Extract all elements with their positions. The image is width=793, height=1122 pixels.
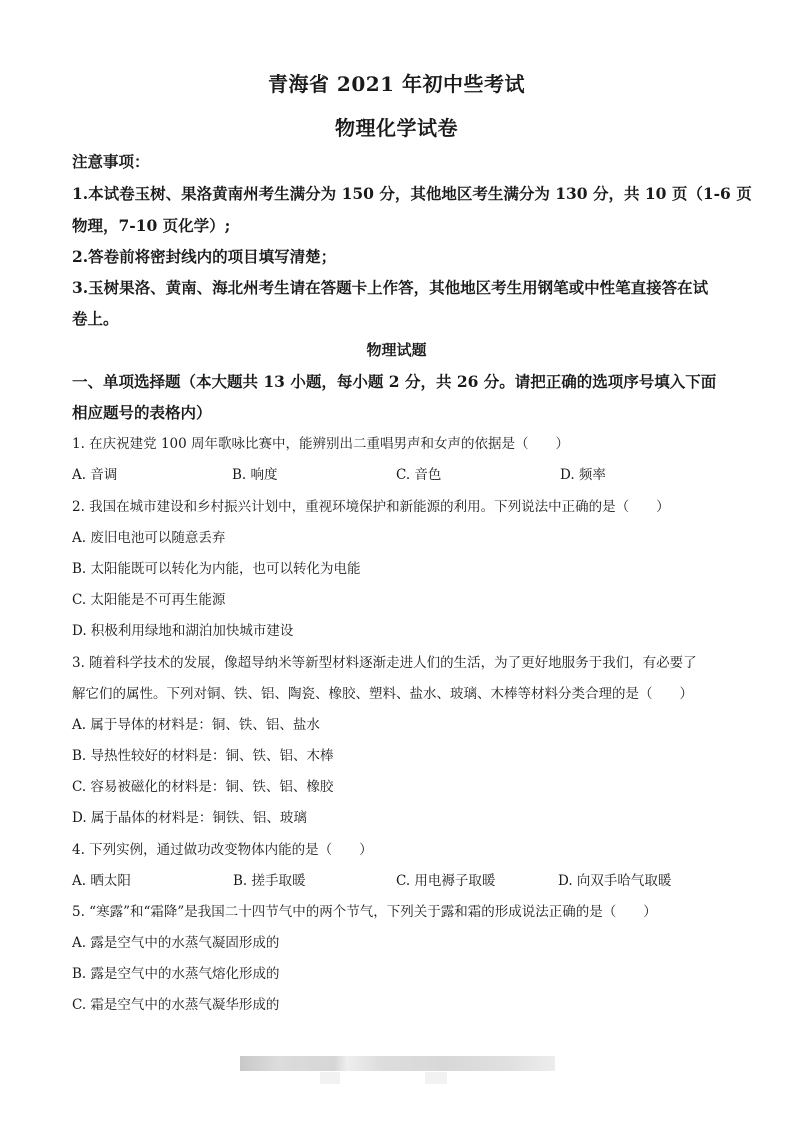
question-1-stem: 1. 在庆祝建党 100 周年歌咏比赛中，能辨别出二重唱男声和女声的依据是（ ） xyxy=(72,432,569,452)
question-2-stem: 2. 我国在城市建设和乡村振兴计划中，重视环境保护和新能源的利用。下列说法中正确… xyxy=(72,495,670,515)
question-1-option-c: C. 音色 xyxy=(396,463,441,483)
notice-heading: 注意事项： xyxy=(72,150,732,172)
notice-line-3-cont: 卷上。 xyxy=(72,307,732,329)
question-3-stem: 3. 随着科学技术的发展，像超导纳米等新型材料逐渐走进人们的生活，为了更好地服务… xyxy=(72,651,697,671)
question-2-option-a: A. 废旧电池可以随意丢弃 xyxy=(72,526,225,546)
question-1-option-d: D. 频率 xyxy=(560,463,606,483)
question-5-option-b: B. 露是空气中的水蒸气熔化形成的 xyxy=(72,962,280,982)
question-5-option-c: C. 霜是空气中的水蒸气凝华形成的 xyxy=(72,993,279,1013)
question-5-stem: 5. “寒露”和“霜降”是我国二十四节气中的两个节气，下列关于露和霜的形成说法正… xyxy=(72,900,657,920)
section-title: 物理试题 xyxy=(0,339,793,360)
question-4-stem: 4. 下列实例，通过做功改变物体内能的是（ ） xyxy=(72,838,373,858)
notice-line-3: 3.玉树果洛、黄南、海北州考生请在答题卡上作答，其他地区考生用钢笔或中性笔直接答… xyxy=(72,276,732,298)
question-1-option-b: B. 响度 xyxy=(232,463,278,483)
question-3-option-a: A. 属于导体的材料是：铜、铁、铝、盐水 xyxy=(72,713,320,733)
question-4-option-c: C. 用电褥子取暖 xyxy=(396,869,495,889)
question-3-stem-cont: 解它们的属性。下列对铜、铁、铝、陶瓷、橡胶、塑料、盐水、玻璃、木棒等材料分类合理… xyxy=(72,682,693,702)
exam-title: 青海省 2021 年初中些考试 xyxy=(0,68,793,97)
blurred-footer-mark xyxy=(320,1072,340,1084)
blurred-footer-watermark xyxy=(240,1056,555,1071)
exam-subtitle: 物理化学试卷 xyxy=(0,112,793,141)
question-3-option-c: C. 容易被磁化的材料是：铜、铁、铝、橡胶 xyxy=(72,775,333,795)
question-3-option-b: B. 导热性较好的材料是：铜、铁、铝、木棒 xyxy=(72,744,334,764)
question-2-option-b: B. 太阳能既可以转化为内能，也可以转化为电能 xyxy=(72,557,361,577)
notice-line-1: 1.本试卷玉树、果洛黄南州考生满分为 150 分，其他地区考生满分为 130 分… xyxy=(72,182,732,204)
question-4-option-a: A. 晒太阳 xyxy=(72,869,131,889)
part-heading-cont: 相应题号的表格内） xyxy=(72,401,732,423)
question-2-option-c: C. 太阳能是不可再生能源 xyxy=(72,588,225,608)
question-3-option-d: D. 属于晶体的材料是：铜铁、铝、玻璃 xyxy=(72,806,307,826)
question-2-option-d: D. 积极利用绿地和湖泊加快城市建设 xyxy=(72,619,293,639)
question-4-option-d: D. 向双手哈气取暖 xyxy=(558,869,671,889)
notice-line-1-cont: 物理，7-10 页化学）; xyxy=(72,214,732,236)
exam-page: 青海省 2021 年初中些考试 物理化学试卷 注意事项： 1.本试卷玉树、果洛黄… xyxy=(0,0,793,1122)
question-5-option-a: A. 露是空气中的水蒸气凝固形成的 xyxy=(72,931,279,951)
question-4-option-b: B. 搓手取暖 xyxy=(233,869,306,889)
question-1-option-a: A. 音调 xyxy=(72,463,117,483)
part-heading: 一、单项选择题（本大题共 13 小题，每小题 2 分，共 26 分。请把正确的选… xyxy=(72,370,732,392)
blurred-footer-mark xyxy=(425,1072,447,1084)
notice-line-2: 2.答卷前将密封线内的项目填写清楚； xyxy=(72,245,732,267)
